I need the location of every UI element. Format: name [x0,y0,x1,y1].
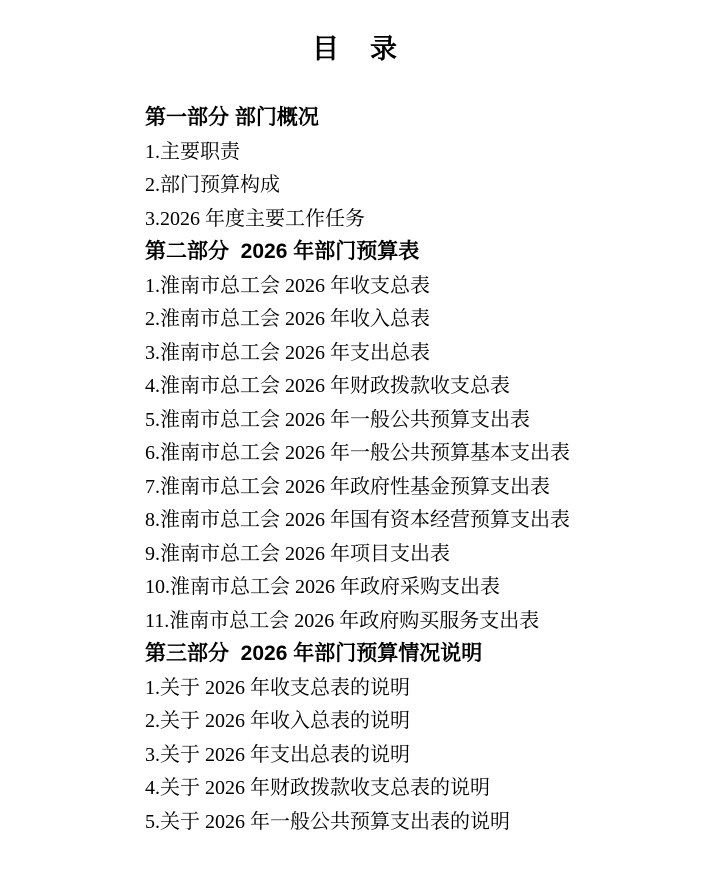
toc-item: 5.关于 2026 年一般公共预算支出表的说明 [145,803,681,837]
toc-item: 10.淮南市总工会 2026 年政府采购支出表 [145,568,681,602]
toc-item: 7.淮南市总工会 2026 年政府性基金预算支出表 [145,468,681,502]
toc-item: 4.关于 2026 年财政拨款收支总表的说明 [145,769,681,803]
toc-item: 2.关于 2026 年收入总表的说明 [145,702,681,736]
section-heading-part1: 第一部分 部门概况 [145,99,681,133]
toc-item: 4.淮南市总工会 2026 年财政拨款收支总表 [145,367,681,401]
document-page: 目 录 第一部分 部门概况 1.主要职责 2.部门预算构成 3.2026 年度主… [0,0,711,872]
toc-item: 1.关于 2026 年收支总表的说明 [145,669,681,703]
page-title: 目 录 [0,0,711,65]
toc-item: 8.淮南市总工会 2026 年国有资本经营预算支出表 [145,501,681,535]
section-heading-part3: 第三部分 2026 年部门预算情况说明 [145,635,681,669]
toc-item: 11.淮南市总工会 2026 年政府购买服务支出表 [145,602,681,636]
toc-item: 3.2026 年度主要工作任务 [145,200,681,234]
toc-item: 3.关于 2026 年支出总表的说明 [145,736,681,770]
section-heading-part2: 第二部分 2026 年部门预算表 [145,233,681,267]
toc-item: 2.部门预算构成 [145,166,681,200]
toc-item: 1.主要职责 [145,133,681,167]
toc-item: 3.淮南市总工会 2026 年支出总表 [145,334,681,368]
table-of-contents: 第一部分 部门概况 1.主要职责 2.部门预算构成 3.2026 年度主要工作任… [145,99,681,836]
toc-item: 1.淮南市总工会 2026 年收支总表 [145,267,681,301]
toc-item: 9.淮南市总工会 2026 年项目支出表 [145,535,681,569]
toc-item: 5.淮南市总工会 2026 年一般公共预算支出表 [145,401,681,435]
toc-item: 6.淮南市总工会 2026 年一般公共预算基本支出表 [145,434,681,468]
toc-item: 2.淮南市总工会 2026 年收入总表 [145,300,681,334]
